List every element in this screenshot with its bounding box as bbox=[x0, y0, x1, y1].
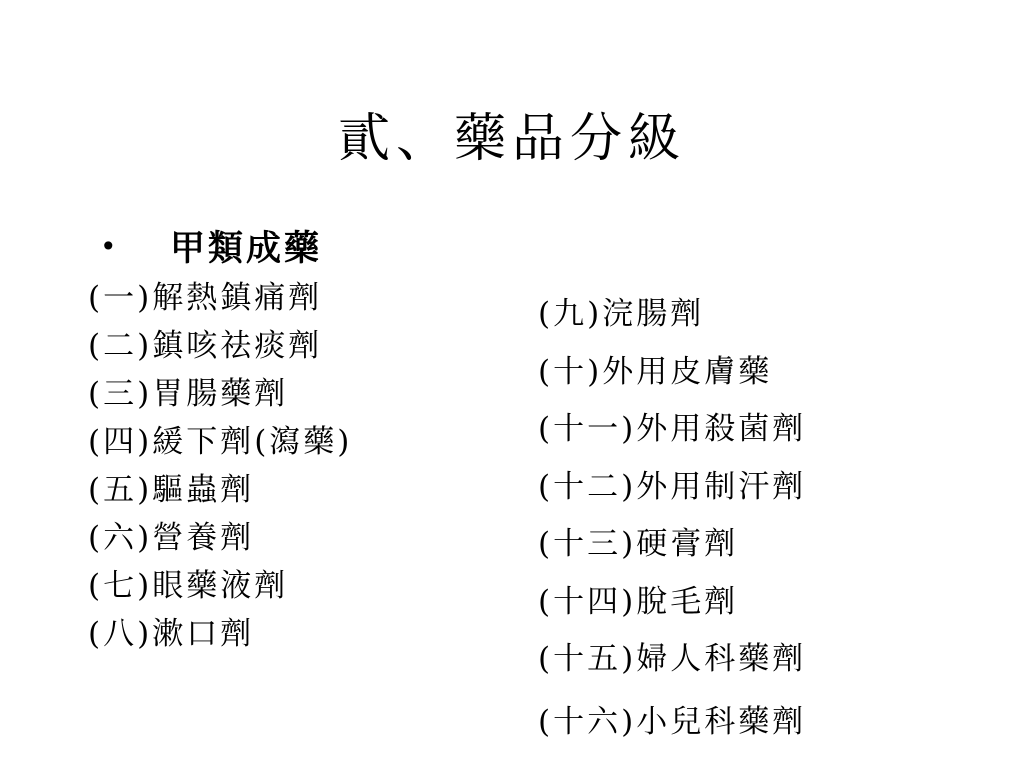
list-item: (十四)脫毛劑 bbox=[538, 574, 806, 632]
list-item: (十)外用皮膚藥 bbox=[538, 344, 806, 402]
list-item: (二)鎮咳祛痰劑 bbox=[88, 322, 352, 370]
list-item: (五)驅蟲劑 bbox=[88, 466, 352, 514]
list-item: (四)緩下劑(瀉藥) bbox=[88, 418, 352, 466]
list-item: (九)浣腸劑 bbox=[538, 286, 806, 344]
list-item: (六)營養劑 bbox=[88, 514, 352, 562]
list-item: (三)胃腸藥劑 bbox=[88, 370, 352, 418]
bullet-icon: • bbox=[100, 230, 170, 263]
slide-title: 貳、藥品分級 bbox=[0, 104, 1024, 174]
list-item: (十五)婦人科藥劑 bbox=[538, 631, 806, 689]
list-item: (七)眼藥液劑 bbox=[88, 562, 352, 610]
section-heading: • 甲類成藥 bbox=[100, 222, 322, 270]
list-item: (十三)硬膏劑 bbox=[538, 516, 806, 574]
list-item: (八)漱口劑 bbox=[88, 610, 352, 658]
list-item: (十六)小兒科藥劑 bbox=[538, 694, 806, 752]
list-item: (十二)外用制汗劑 bbox=[538, 459, 806, 517]
section-heading-text: 甲類成藥 bbox=[170, 221, 322, 271]
right-drug-list: (九)浣腸劑 (十)外用皮膚藥 (十一)外用殺菌劑 (十二)外用制汗劑 (十三)… bbox=[538, 286, 806, 751]
list-item: (一)解熱鎮痛劑 bbox=[88, 274, 352, 322]
list-item: (十一)外用殺菌劑 bbox=[538, 401, 806, 459]
left-drug-list: (一)解熱鎮痛劑 (二)鎮咳祛痰劑 (三)胃腸藥劑 (四)緩下劑(瀉藥) (五)… bbox=[88, 274, 352, 658]
